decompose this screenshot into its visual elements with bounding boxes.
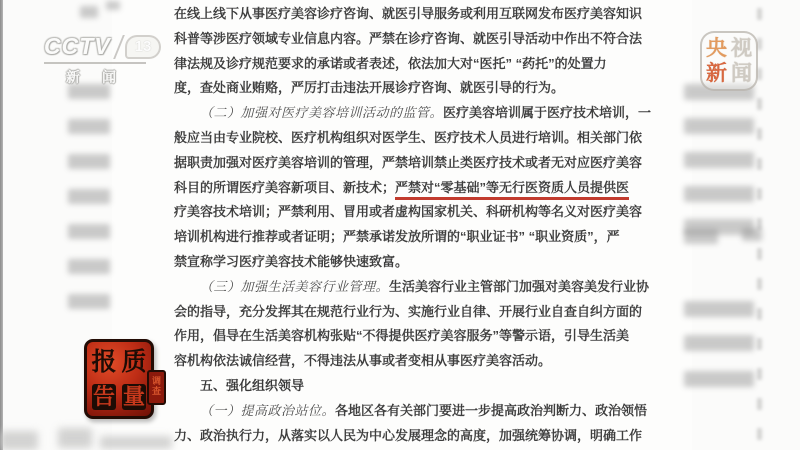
document-line: 培训机构进行推荐或者证明；严禁承诺发放所谓的“职业证书” “职业资质”，严 [174,225,652,250]
text-segment: 各地区各有关部门要进一步提高政治判断力、政治领悟 [335,403,647,418]
cctv-slash-icon [113,35,125,59]
stamp-investigation-tab: 调 查 [147,370,166,405]
blurred-background-text [757,248,762,260]
text-segment: 力、政治执行力，从落实以人民为中心发展理念的高度，加强统筹协调，明确工作 [174,428,642,443]
blurred-background-text [68,259,110,274]
screen-left-edge [0,0,3,450]
blurred-background-text [757,278,762,290]
document-line: 据职责加强对医疗美容培训的管理，严禁培训禁止类医疗技术或者无对应医疗美容 [174,151,652,176]
text-segment: 禁宣称学习医疗美容技术能够快速致富。 [174,254,408,269]
blurred-background-text [684,118,754,134]
blurred-background-text [757,368,762,380]
blurred-background-text [0,431,38,450]
text-segment: 据职责加强对医疗美容培训的管理，严禁培训禁止类医疗技术或者无对应医疗美容 [174,155,642,170]
blurred-background-text [757,428,762,440]
blurred-background-text [757,158,762,170]
stamp-char-zhi: 质 [121,349,146,374]
blurred-background-text [757,8,762,20]
text-segment: 律法规及诊疗规范要求的承诺或者表述，依法加大对“医托” “药托”的处置力 [174,56,607,71]
text-segment: 疗美容技术培训；严禁利用、冒用或者虚构国家机关、科研机构等名义对医疗美容 [174,204,642,219]
text-segment: （一）提高政治站位。 [200,404,335,419]
stamp-tab-char-diao: 调 [152,378,161,387]
blurred-background-text [757,188,762,200]
blurred-background-text [684,301,754,317]
watermark-char-wen: 闻 [731,63,752,84]
cctv-news-label: 新闻 [66,67,161,87]
document-line: 作用，倡导在生活美容机构张贴“不得提供医疗美容服务”等警示语，引导生活美 [174,324,652,349]
stamp-char-gao: 告 [92,384,116,410]
cctv-divider-line [44,62,146,64]
blurred-background-text [68,119,110,134]
document-line: 会的指导，充分发挥其在规范行业行为、实施行业自律、开展行业自查自纠方面的 [174,300,652,325]
document-line: 律法规及诊疗规范要求的承诺或者表述，依法加大对“医托” “药托”的处置力 [174,52,652,77]
blurred-background-text [80,6,98,18]
watermark-char-xin: 新 [706,63,727,84]
tv-frame: 在线上线下从事医疗美容诊疗咨询、就医引导服务或利用互联网发布医疗美容知识科普等涉… [0,0,800,450]
cctv-logo-row: CCTV 13 [44,33,161,60]
document-line: 力、政治执行力，从落实以人民为中心发展理念的高度，加强统筹协调，明确工作 [174,424,652,449]
blurred-background-text [757,128,762,140]
stamp-tab-char-cha: 查 [152,388,161,397]
blurred-background-text [106,1,120,10]
blurred-background-text [684,335,754,351]
text-segment: （二）加强对医疗美容培训活动的监管。 [200,106,443,121]
blurred-background-text [757,98,762,110]
text-segment: 科目的所谓医疗美容新项目、新技术； [174,180,395,195]
document-line: 禁宣称学习医疗美容技术能够快速致富。 [174,250,652,275]
document-line: 度，查处商业贿赂，严厉打击违法开展诊疗咨询、就医引导的行为。 [174,76,652,101]
blurred-background-text [68,189,110,204]
blurred-background-text [68,224,110,239]
blurred-background-text [684,186,754,202]
stamp-char-liang: 量 [122,384,146,410]
blurred-background-text [100,436,172,449]
blurred-background-text [757,338,762,350]
document-line: 般应当由专业院校、医疗机构组织对医学生、医疗技术人员进行培训。相关部门依 [174,126,652,151]
blurred-background-text [58,428,92,448]
document-line: （二）加强对医疗美容培训活动的监管。医疗美容培训属于医疗技术培训，一 [174,101,652,126]
blurred-background-text [68,294,110,309]
text-segment: 容机构依法诚信经营，不得违法从事或者变相从事医疗美容活动。 [174,353,551,368]
text-segment: 医疗美容培训属于医疗技术培训，一 [443,105,651,120]
blurred-background-text [684,371,754,387]
cctv13-channel-bug: CCTV 13 新闻 [44,33,161,87]
text-segment: 在线上线下从事医疗美容诊疗咨询、就医引导服务或利用互联网发布医疗美容知识 [174,6,642,21]
blurred-background-text [757,218,762,230]
cctv-wordmark: CCTV [44,33,111,60]
blurred-background-text [684,229,718,244]
document-line: 科普等涉医疗领域专业信息内容。严禁在诊疗咨询、就医引导活动中作出不符合法 [174,27,652,52]
text-segment: （三）加强生活美容行业管理。 [200,280,389,295]
stamp-char-bao: 报 [91,349,116,374]
text-segment: 生活美容行业主管部门加强对美容美发行业协 [389,279,649,294]
watermark-char-shi: 视 [731,38,752,59]
stamp-seal: 报 质 告 量 [84,339,154,419]
text-segment: 会的指导，充分发挥其在规范行业行为、实施行业自律、开展行业自查自纠方面的 [174,304,642,319]
blurred-background-text [684,152,754,168]
text-segment: 科普等涉医疗领域专业信息内容。严禁在诊疗咨询、就医引导活动中作出不符合法 [174,31,642,46]
text-segment: 度，查处商业贿赂，严厉打击违法开展诊疗咨询、就医引导的行为。 [174,80,564,95]
text-segment: 作用，倡导在生活美容机构张贴“不得提供医疗美容服务”等警示语，引导生活美 [174,328,629,343]
highlighted-text-red-underline: 严禁对“零基础”等无行医资质人员提供医 [395,180,629,200]
text-segment: 培训机构进行推荐或者证明；严禁承诺发放所谓的“职业证书” “职业资质”，严 [174,229,620,244]
document-line: 科目的所谓医疗美容新项目、新技术；严禁对“零基础”等无行医资质人员提供医 [174,176,652,201]
document-line: 疗美容技术培训；严禁利用、冒用或者虚构国家机关、科研机构等名义对医疗美容 [174,200,652,225]
document-line: （一）提高政治站位。各地区各有关部门要进一步提高政治判断力、政治领悟 [174,399,652,424]
quality-report-stamp: 报 质 告 量 调 查 [84,339,154,419]
blurred-background-text [757,308,762,320]
document-line: 容机构依法诚信经营，不得违法从事或者变相从事医疗美容活动。 [174,349,652,374]
text-segment: 五、强化组织领导 [200,378,304,393]
document-line: 五、强化组织领导 [174,374,652,399]
blurred-background-text [757,398,762,410]
text-segment: 般应当由专业院校、医疗机构组织对医学生、医疗技术人员进行培训。相关部门依 [174,130,642,145]
document-text: 在线上线下从事医疗美容诊疗咨询、就医引导服务或利用互联网发布医疗美容知识科普等涉… [174,2,652,448]
watermark-char-yang: 央 [706,38,727,59]
channel-number-badge: 13 [125,35,162,59]
cctv-news-watermark: 央 视 新 闻 [700,31,758,91]
document-line: （三）加强生活美容行业管理。生活美容行业主管部门加强对美容美发行业协 [174,275,652,300]
blurred-background-text [68,154,110,169]
document-line: 在线上线下从事医疗美容诊疗咨询、就医引导服务或利用互联网发布医疗美容知识 [174,2,652,27]
